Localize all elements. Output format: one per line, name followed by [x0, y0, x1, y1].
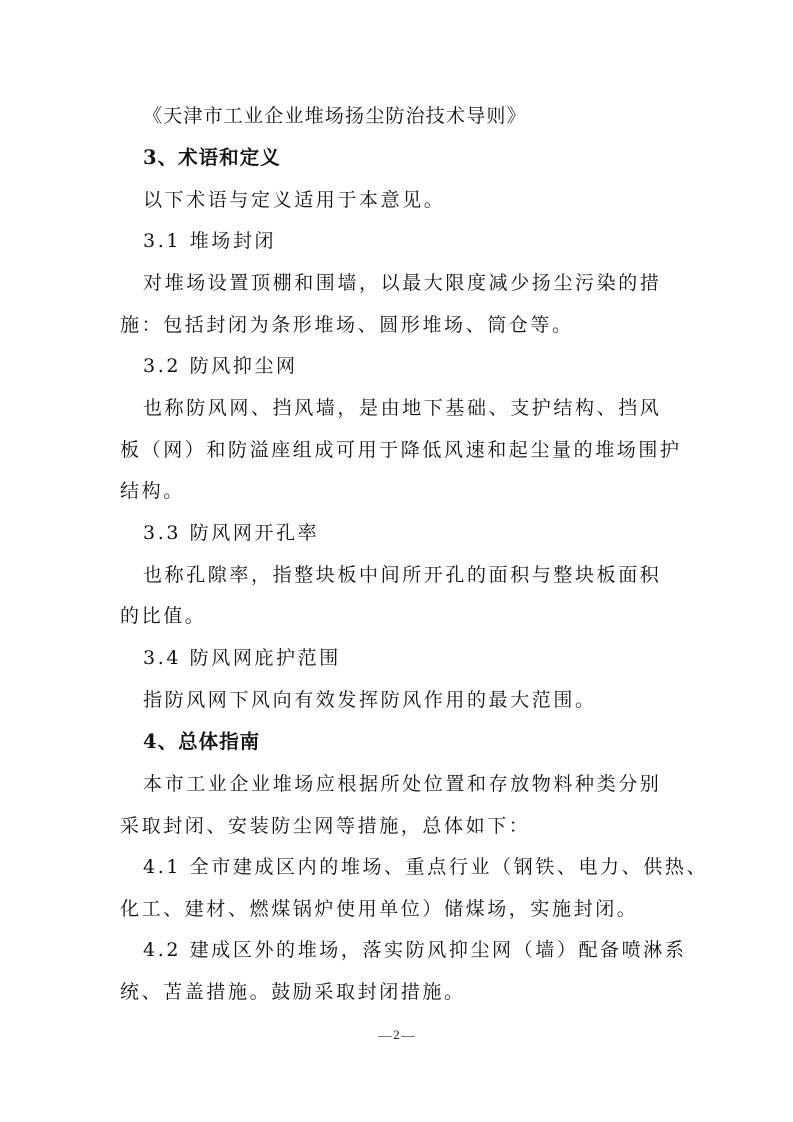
paragraph-line: 施：包括封闭为条形堆场、圆形堆场、筒仓等。	[120, 313, 574, 337]
dash-decoration	[378, 1036, 392, 1037]
page-number: 2	[393, 1027, 400, 1042]
dash-decoration	[401, 1036, 415, 1037]
paragraph-line: 的比值。	[120, 604, 206, 628]
subsection-heading-3-2: 3.2 防风抑尘网	[143, 354, 298, 378]
referenced-standard-title: 《天津市工业企业堆场扬尘防治技术导则》	[143, 104, 527, 128]
paragraph-line: 以下术语与定义适用于本意见。	[143, 188, 445, 212]
paragraph-line: 也称孔隙率，指整块板中间所开孔的面积与整块板面积	[143, 563, 661, 587]
paragraph-line: 本市工业企业堆场应根据所处位置和存放物料种类分别	[143, 772, 661, 796]
section-heading-4: 4、总体指南	[143, 730, 260, 754]
paragraph-line: 采取封闭、安装防尘网等措施，总体如下：	[120, 814, 530, 838]
paragraph-line: 板（网）和防溢座组成可用于降低风速和起尘量的堆场围护	[120, 438, 682, 462]
subsection-heading-3-1: 3.1 堆场封闭	[143, 229, 276, 253]
paragraph-line: 4.1 全市建成区内的堆场、重点行业（钢铁、电力、供热、	[143, 855, 708, 879]
paragraph-line: 指防风网下风向有效发挥防风作用的最大范围。	[143, 688, 597, 712]
subsection-heading-3-3: 3.3 防风网开孔率	[143, 521, 319, 545]
paragraph-line: 4.2 建成区外的堆场，落实防风抑尘网（墙）配备喷淋系	[143, 938, 686, 962]
paragraph-line: 对堆场设置顶棚和围墙，以最大限度减少扬尘污染的措	[143, 271, 661, 295]
paragraph-line: 统、苫盖措施。鼓励采取封闭措施。	[120, 980, 466, 1004]
paragraph-line: 化工、建材、燃煤锅炉使用单位）储煤场，实施封闭。	[120, 897, 638, 921]
subsection-heading-3-4: 3.4 防风网庇护范围	[143, 646, 341, 670]
paragraph-line: 也称防风网、挡风墙，是由地下基础、支护结构、挡风	[143, 396, 661, 420]
paragraph-line: 结构。	[120, 479, 185, 503]
page-footer: 2	[0, 1027, 793, 1043]
section-heading-3: 3、术语和定义	[143, 146, 281, 170]
document-page: 《天津市工业企业堆场扬尘防治技术导则》 3、术语和定义 以下术语与定义适用于本意…	[0, 0, 793, 1122]
